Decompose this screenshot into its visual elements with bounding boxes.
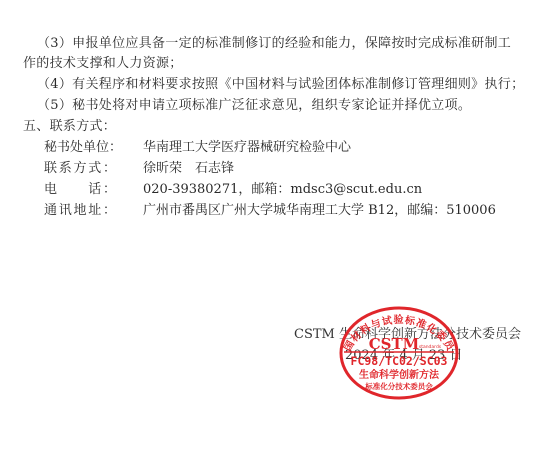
paragraph-item-3: （3）申报单位应具备一定的标准制修订的经验和能力，保障按时完成标准研制工: [37, 36, 511, 52]
section-heading-contact: 五、联系方式：: [23, 119, 116, 135]
contact-label: 通讯地址：: [44, 203, 116, 219]
contact-row-persons: 联系方式： 徐昕荣 石志锋: [44, 161, 116, 177]
contact-value: 广州市番禺区广州大学城华南理工大学 B12，邮编：510006: [143, 203, 496, 219]
contact-row-secretariat: 秘书处单位： 华南理工大学医疗器械研究检验中心: [44, 140, 116, 156]
official-seal-icon: 中国材料与试验标准化委员会 CSTM standards FC98/TC02/S…: [338, 305, 460, 399]
contact-value: 华南理工大学医疗器械研究检验中心: [143, 140, 351, 156]
contact-label: 电 话：: [44, 182, 116, 198]
paragraph-item-4: （4）有关程序和材料要求按照《中国材料与试验团体标准制修订管理细则》执行；: [37, 77, 524, 93]
contact-row-phone: 电 话： 020-39380271，邮箱：mdsc3@scut.edu.cn: [44, 182, 116, 198]
contact-value: 020-39380271，邮箱：mdsc3@scut.edu.cn: [143, 182, 422, 198]
svg-text:CSTM: CSTM: [369, 335, 420, 353]
paragraph-item-5: （5）秘书处将对申请立项标准广泛征求意见，组织专家论证并择优立项。: [37, 98, 471, 114]
contact-value: 徐昕荣 石志锋: [143, 161, 234, 177]
contact-label: 联系方式：: [44, 161, 116, 177]
paragraph-item-3-continued: 作的技术支撑和人力资源；: [23, 56, 183, 72]
svg-text:标准化分技术委员会: 标准化分技术委员会: [364, 381, 433, 391]
svg-text:standards: standards: [419, 344, 442, 350]
svg-text:FC98/TC02/SC03: FC98/TC02/SC03: [351, 354, 448, 368]
contact-label: 秘书处单位：: [44, 140, 116, 156]
svg-text:生命科学创新方法: 生命科学创新方法: [359, 368, 440, 381]
contact-row-address: 通讯地址： 广州市番禺区广州大学城华南理工大学 B12，邮编：510006: [44, 203, 116, 219]
